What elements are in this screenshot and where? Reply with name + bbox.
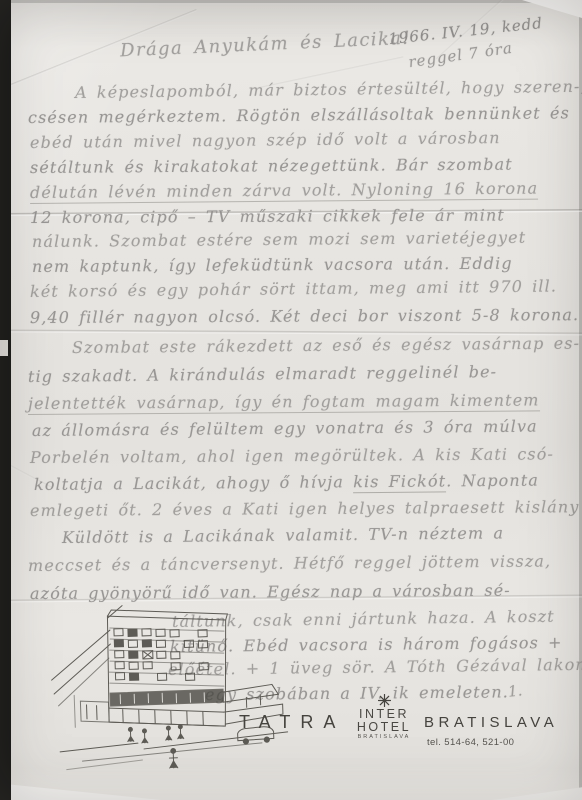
letter-text: A képeslapomból, már biztos értesültél, …: [75, 77, 582, 102]
underlined-text: kis Fickót: [353, 471, 446, 493]
logo-bratislava-text: BRATISLAVA: [348, 735, 420, 741]
letter-salutation: Drága Anyukám és Lacika!: [120, 28, 412, 62]
letter-text: csésen megérkeztem. Rögtön elszállásolta…: [28, 103, 570, 127]
interhotel-star-icon: [378, 694, 391, 707]
letter-text: meccset és a táncversenyt. Hétfő reggel …: [28, 551, 551, 575]
handwritten-line: emlegeti őt. 2 éves a Kati igen helyes t…: [30, 497, 580, 520]
handwritten-line: koltatja a Lacikát, ahogy ő hívja kis Fi…: [34, 471, 539, 494]
scan-corner-bottom-right: [492, 784, 582, 800]
letter-text: nem kaptunk, így lefeküdtünk vacsora utá…: [32, 254, 513, 276]
letter-text: Küldött is a Lacikának valamit. TV-n néz…: [62, 523, 504, 547]
letter-text: 9,40 fillér nagyon olcsó. Két deci bor v…: [30, 305, 579, 327]
letter-text: tig szakadt. A kirándulás elmaradt regge…: [28, 362, 497, 386]
letter-text: sétáltunk és kirakatokat nézegettünk. Bá…: [30, 155, 513, 177]
handwritten-line: meccset és a táncversenyt. Hétfő reggel …: [28, 551, 551, 575]
scan-top-edge: [0, 0, 582, 3]
letter-text: koltatja a Lacikát, ahogy ő hívja: [34, 472, 353, 494]
logo-hotel-text: HOTEL: [348, 721, 420, 734]
letter-text: nálunk. Szombat estére sem mozi sem vari…: [32, 228, 526, 251]
handwritten-line: az állomásra és felültem egy vonatra és …: [32, 417, 538, 440]
handwritten-line: csésen megérkeztem. Rögtön elszállásolta…: [28, 103, 570, 127]
handwritten-line: két korsó és egy pohár sört ittam, meg a…: [30, 276, 557, 301]
handwritten-line: jelentették vasárnap, így én fogtam maga…: [28, 390, 540, 413]
letterhead-hotel-name: TATRA: [239, 712, 345, 733]
interhotel-logo: INTER HOTEL BRATISLAVA: [348, 694, 420, 741]
scanner-edge-notch: [0, 340, 8, 356]
letterhead-city: BRATISLAVA: [424, 714, 558, 731]
letter-text: Porbelén voltam, ahol igen megörültek. A…: [30, 444, 554, 467]
letter-text: ebéd után mivel nagyon szép idő volt a v…: [30, 128, 501, 152]
handwritten-line: A képeslapomból, már biztos értesültél, …: [75, 77, 582, 102]
handwritten-line: nálunk. Szombat estére sem mozi sem vari…: [32, 228, 526, 251]
letter-text: emlegeti őt. 2 éves a Kati igen helyes t…: [30, 497, 580, 520]
handwritten-line: 12 korona, cipő – TV műszaki cikkek fele…: [30, 206, 505, 227]
underlined-text: délután lévén minden zárva volt. Nylonin…: [30, 179, 538, 204]
letter-sign-off-mark: 1.: [507, 681, 523, 700]
handwritten-line: ebéd után mivel nagyon szép idő volt a v…: [30, 128, 501, 152]
handwritten-line: 9,40 fillér nagyon olcsó. Két deci bor v…: [30, 305, 579, 327]
letter-scan: 1966. IV. 19, kedd reggel 7 óra Drága An…: [0, 0, 582, 800]
handwritten-line: Szombat este rákezdett az eső és egész v…: [72, 334, 580, 357]
handwritten-line: Küldött is a Lacikának valamit. TV-n néz…: [62, 523, 504, 547]
handwritten-line: Porbelén voltam, ahol igen megörültek. A…: [30, 444, 554, 467]
letter-text: Szombat este rákezdett az eső és egész v…: [72, 334, 580, 357]
scanner-edge-strip: [0, 0, 11, 800]
letterhead-phone: tel. 514-64, 521-00: [427, 737, 514, 748]
letter-text: 12 korona, cipő – TV műszaki cikkek fele…: [30, 206, 505, 227]
letter-text: . Naponta: [446, 471, 539, 491]
handwritten-line: tig szakadt. A kirándulás elmaradt regge…: [28, 362, 497, 386]
handwritten-line: délután lévén minden zárva volt. Nylonin…: [30, 179, 538, 202]
underlined-text: jelentették vasárnap, így én fogtam maga…: [28, 390, 540, 415]
handwritten-line: sétáltunk és kirakatokat nézegettünk. Bá…: [30, 155, 513, 177]
hotel-building-sketch: [47, 592, 293, 785]
building-windows: [108, 624, 226, 690]
letter-text: az állomásra és felültem egy vonatra és …: [32, 417, 538, 440]
handwritten-line: nem kaptunk, így lefeküdtünk vacsora utá…: [32, 254, 513, 276]
letter-text: két korsó és egy pohár sört ittam, meg a…: [30, 276, 557, 301]
